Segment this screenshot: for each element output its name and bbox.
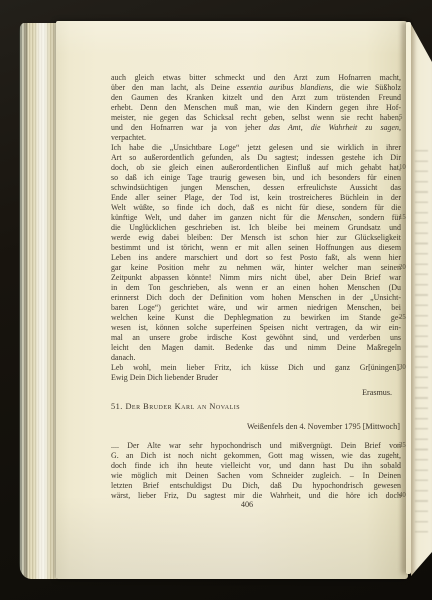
text-line: und den Hofnarren war ja von jeher das A… [111, 123, 401, 133]
facing-page-sliver [411, 0, 432, 600]
text-line: G. an Dich ist noch nicht gekommen, Gott… [111, 451, 401, 461]
text-line: wie möglich mit Deinen Sachen vom Schnei… [111, 471, 401, 481]
text-line: Leb wohl, mein lieber Fritz, ich küsse D… [111, 363, 401, 373]
letter-dateline: Weißenfels den 4. November 1795 [Mittwoc… [111, 422, 401, 432]
text-line: auch gleich etwas bitter schmeckt und de… [111, 73, 401, 83]
text-line: bestimmt und ist töricht, wenn er mit al… [111, 243, 401, 253]
text-line: werde ewig dabei bleiben: Der Mensch ist… [111, 233, 401, 243]
section-heading: 51. Der Bruder Karl an Novalis [111, 401, 401, 412]
text-line: so daß ich einige Tage traurig gewesen b… [111, 173, 401, 183]
letter-text-block: auch gleich etwas bitter schmeckt und de… [111, 73, 401, 501]
text-line: erhebt. Denn den Menschen muß man, wie d… [111, 103, 401, 113]
text-line: schwindsüchtigen jungen Menschen, dessen… [111, 183, 401, 193]
text-line: verpachtet. [111, 133, 401, 143]
text-line: meister, nie gegen das Schicksal recht g… [111, 113, 401, 123]
text-line: Ich habe die „Unsichtbare Loge“ jetzt ge… [111, 143, 401, 153]
text-line: welchen keine Kunst die Dephlegmation zu… [111, 313, 401, 323]
text-line: wesen ist, können solche superfeinen Spe… [111, 323, 401, 333]
next-letter-paragraph: .... Der Alte war sehr hypochondrisch un… [111, 441, 401, 501]
text-line: mal an unsere grobe irdische Kost gewöhn… [111, 333, 401, 343]
page-edge-stack [19, 23, 57, 579]
text-line: den Gaumen des Kranken kitzelt und den A… [111, 93, 401, 103]
text-line: doch, ob sie gleich einen außerordentlic… [111, 163, 401, 173]
scanned-book-photo: { "page": { "number": "406", "margin_lin… [0, 0, 432, 600]
page-number: 406 [111, 499, 383, 510]
text-line: Ewig Dein Dich liebender Bruder [111, 373, 401, 383]
text-line: leicht den Magen damit. Bedenke das und … [111, 343, 401, 353]
text-line: über den man lacht, als Deine essentia a… [111, 83, 401, 93]
text-line: doch finde ich ihn heute vielleicht vor,… [111, 461, 401, 471]
letter-signature: Erasmus. [111, 388, 401, 398]
text-line: Welt wüßte, so finde ich doch, daß es ni… [111, 203, 401, 213]
text-line: Ende aller seiner Plage, der Tod ist, ke… [111, 193, 401, 203]
gutter-fold [406, 22, 411, 574]
text-line: Leben ins andere marschiert und dort so … [111, 253, 401, 263]
text-line: letzten Brief entschuldigst Du Dich, daß… [111, 481, 401, 491]
book-page: auch gleich etwas bitter schmeckt und de… [56, 21, 408, 579]
text-line: Zeitpunkt abpassen könnte! Nimm mirs nic… [111, 273, 401, 283]
text-line: Art so außerordentlich gefunden, als Du … [111, 153, 401, 163]
facing-page-ghost-text [415, 150, 428, 540]
text-line: danach. [111, 353, 401, 363]
text-line: erinnerst Dich doch der Definition vom h… [111, 293, 401, 303]
letter-paragraph-2: Ich habe die „Unsichtbare Loge“ jetzt ge… [111, 143, 401, 363]
text-line: künftige Welt, und daher im ganzen nicht… [111, 213, 401, 223]
text-line: gar keine Position mehr zu nehmen wär, h… [111, 263, 401, 273]
text-line: .... Der Alte war sehr hypochondrisch un… [111, 441, 401, 451]
text-line: in dem Ton geschrieben, als wenn er an e… [111, 283, 401, 293]
letter-closing: Leb wohl, mein lieber Fritz, ich küsse D… [111, 363, 401, 383]
letter-paragraph-1: auch gleich etwas bitter schmeckt und de… [111, 73, 401, 143]
text-line: baren Loge“) gerichtet wäre, und wir arm… [111, 303, 401, 313]
text-line: die Unglücklichen geschrieben ist. Ich b… [111, 223, 401, 233]
